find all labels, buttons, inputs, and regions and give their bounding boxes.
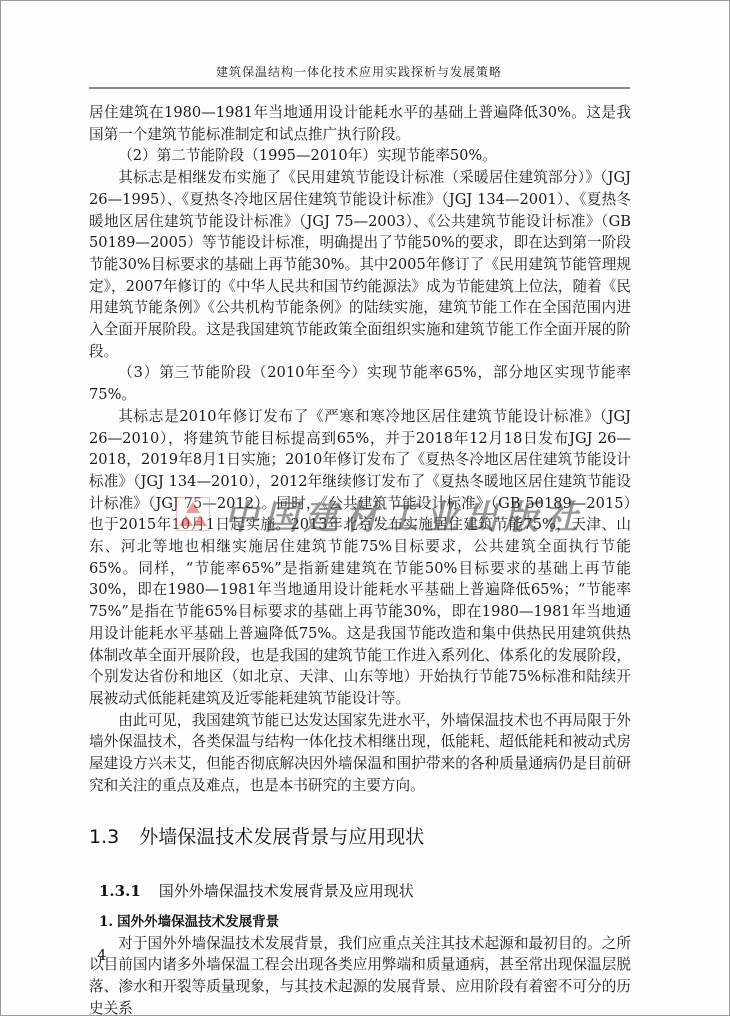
- section-title: 外墙保温技术发展背景与应用现状: [139, 826, 424, 848]
- paragraph-5: 其标志是2010年修订发布了《严寒和寒冷地区居住建筑节能设计标准》（JGJ 26…: [89, 406, 631, 710]
- section-number: 1.3: [89, 826, 119, 848]
- subsection-title: 国外外墙保温技术发展背景及应用现状: [159, 882, 414, 900]
- subsubsection-number: 1.: [99, 914, 113, 930]
- paragraph-1: 居住建筑在1980—1981年当地通用设计能耗水平的基础上普遍降低30%。这是我…: [89, 102, 631, 145]
- subsubsection-heading: 1.国外外墙保温技术发展背景: [99, 911, 631, 933]
- document-page: 建筑保温结构一体化技术应用实践探析与发展策略 居住建筑在1980—1981年当地…: [0, 0, 730, 1016]
- page-body: 居住建筑在1980—1981年当地通用设计能耗水平的基础上普遍降低30%。这是我…: [89, 102, 631, 1016]
- paragraph-2: （2）第二节能阶段（1995—2010年）实现节能率50%。: [89, 145, 631, 167]
- subsection-heading: 1.3.1国外外墙保温技术发展背景及应用现状: [99, 879, 631, 903]
- header-rule: [89, 87, 630, 89]
- paragraph-3: 其标志是相继发布实施了《民用建筑节能设计标准（采暖居住建筑部分）》（JGJ 26…: [89, 167, 631, 362]
- paragraph-6: 由此可见，我国建筑节能已达发达国家先进水平，外墙保温技术也不再局限于外墙外保温技…: [89, 710, 631, 797]
- paragraph-7: 对于国外外墙保温技术发展背景，我们应重点关注其技术起源和最初目的。之所以目前国内…: [89, 933, 631, 1016]
- subsection-number: 1.3.1: [99, 882, 141, 900]
- running-header: 建筑保温结构一体化技术应用实践探析与发展策略: [89, 63, 629, 80]
- section-heading: 1.3外墙保温技术发展背景与应用现状: [89, 822, 631, 852]
- paragraph-4: （3）第三节能阶段（2010年至今）实现节能率65%，部分地区实现节能率75%。: [89, 362, 631, 405]
- page-number: 4: [97, 946, 107, 964]
- subsubsection-title: 国外外墙保温技术发展背景: [117, 914, 279, 930]
